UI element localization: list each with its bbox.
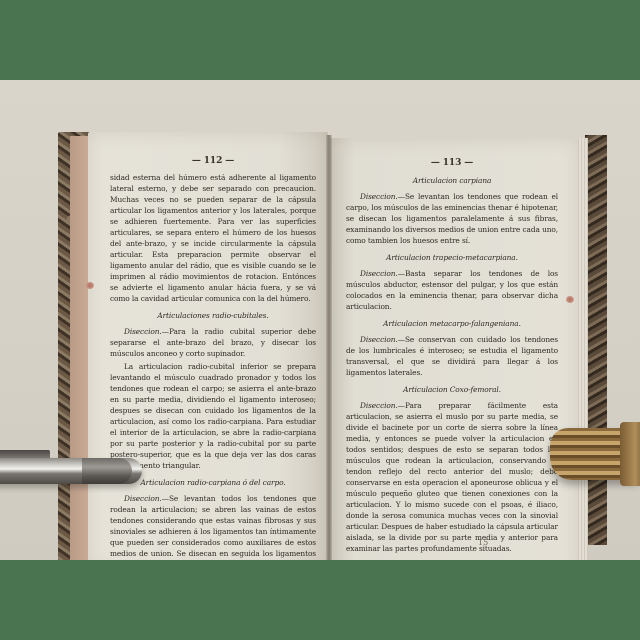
right-page-text: — 113 — Articulacion carpiana Diseccion.… bbox=[346, 158, 558, 556]
paragraph-lead: Diseccion. bbox=[124, 327, 162, 336]
paperweight-wrist bbox=[620, 422, 640, 486]
paragraph-lead: Diseccion. bbox=[124, 494, 162, 503]
paragraph: La articulacion radio-cubital inferior s… bbox=[110, 361, 316, 471]
paragraph: Diseccion.—Se levantan los tendones que … bbox=[346, 191, 558, 246]
left-page-text: — 112 — sidad esterna del húmero está ad… bbox=[110, 156, 316, 560]
paragraph: Diseccion.—Para la radio cubital superio… bbox=[110, 326, 316, 359]
paragraph-lead: Diseccion. bbox=[360, 192, 398, 201]
section-heading: Articulacion metacarpo-falangeniana. bbox=[346, 318, 558, 329]
paragraph: sidad esterna del húmero está adherente … bbox=[110, 172, 316, 304]
page-number: — 112 — bbox=[110, 156, 316, 167]
pen-icon bbox=[0, 458, 142, 484]
paragraph: Diseccion.—Se levantan todos los tendone… bbox=[110, 493, 316, 560]
brass-hand-paperweight-icon bbox=[550, 428, 640, 480]
marbled-cover-right bbox=[585, 135, 607, 545]
paragraph-text: —Se levantan todos los tendones que rode… bbox=[110, 494, 316, 560]
section-heading: Articulacion trapecio-metacarpiana. bbox=[346, 252, 558, 263]
paragraph: Diseccion.—Para preparar fácilmente esta… bbox=[346, 400, 558, 554]
paragraph-lead: Diseccion. bbox=[360, 269, 398, 278]
paragraph: Diseccion.—Se conservan con cuidado los … bbox=[346, 334, 558, 378]
paragraph-lead: Diseccion. bbox=[360, 335, 398, 344]
paragraph: Diseccion.—Basta separar los tendones de… bbox=[346, 268, 558, 312]
paragraph-lead: Diseccion. bbox=[360, 401, 398, 410]
section-heading: Articulacion radio-carpiana ó del carpo. bbox=[110, 477, 316, 488]
signature-mark: 15 bbox=[478, 538, 488, 547]
foxing-stain bbox=[86, 282, 94, 289]
pen-cap bbox=[82, 458, 132, 484]
section-heading: Articulacion carpiana bbox=[346, 175, 558, 186]
section-heading: Articulaciones radio-cubitales. bbox=[110, 310, 316, 321]
pen-clip bbox=[0, 450, 50, 458]
foxing-stain bbox=[566, 296, 574, 303]
photo-scene: — 112 — sidad esterna del húmero está ad… bbox=[0, 80, 640, 560]
paragraph-text: —Para preparar fácilmente esta articulac… bbox=[346, 401, 558, 553]
section-heading: Articulacion Coxo-femoral. bbox=[346, 384, 558, 395]
top-green-band bbox=[0, 0, 640, 80]
book-gutter bbox=[326, 135, 332, 560]
left-page: — 112 — sidad esterna del húmero está ad… bbox=[88, 132, 328, 560]
page-number: — 113 — bbox=[346, 158, 558, 169]
bottom-green-band bbox=[0, 560, 640, 640]
right-page: — 113 — Articulacion carpiana Diseccion.… bbox=[330, 138, 578, 560]
